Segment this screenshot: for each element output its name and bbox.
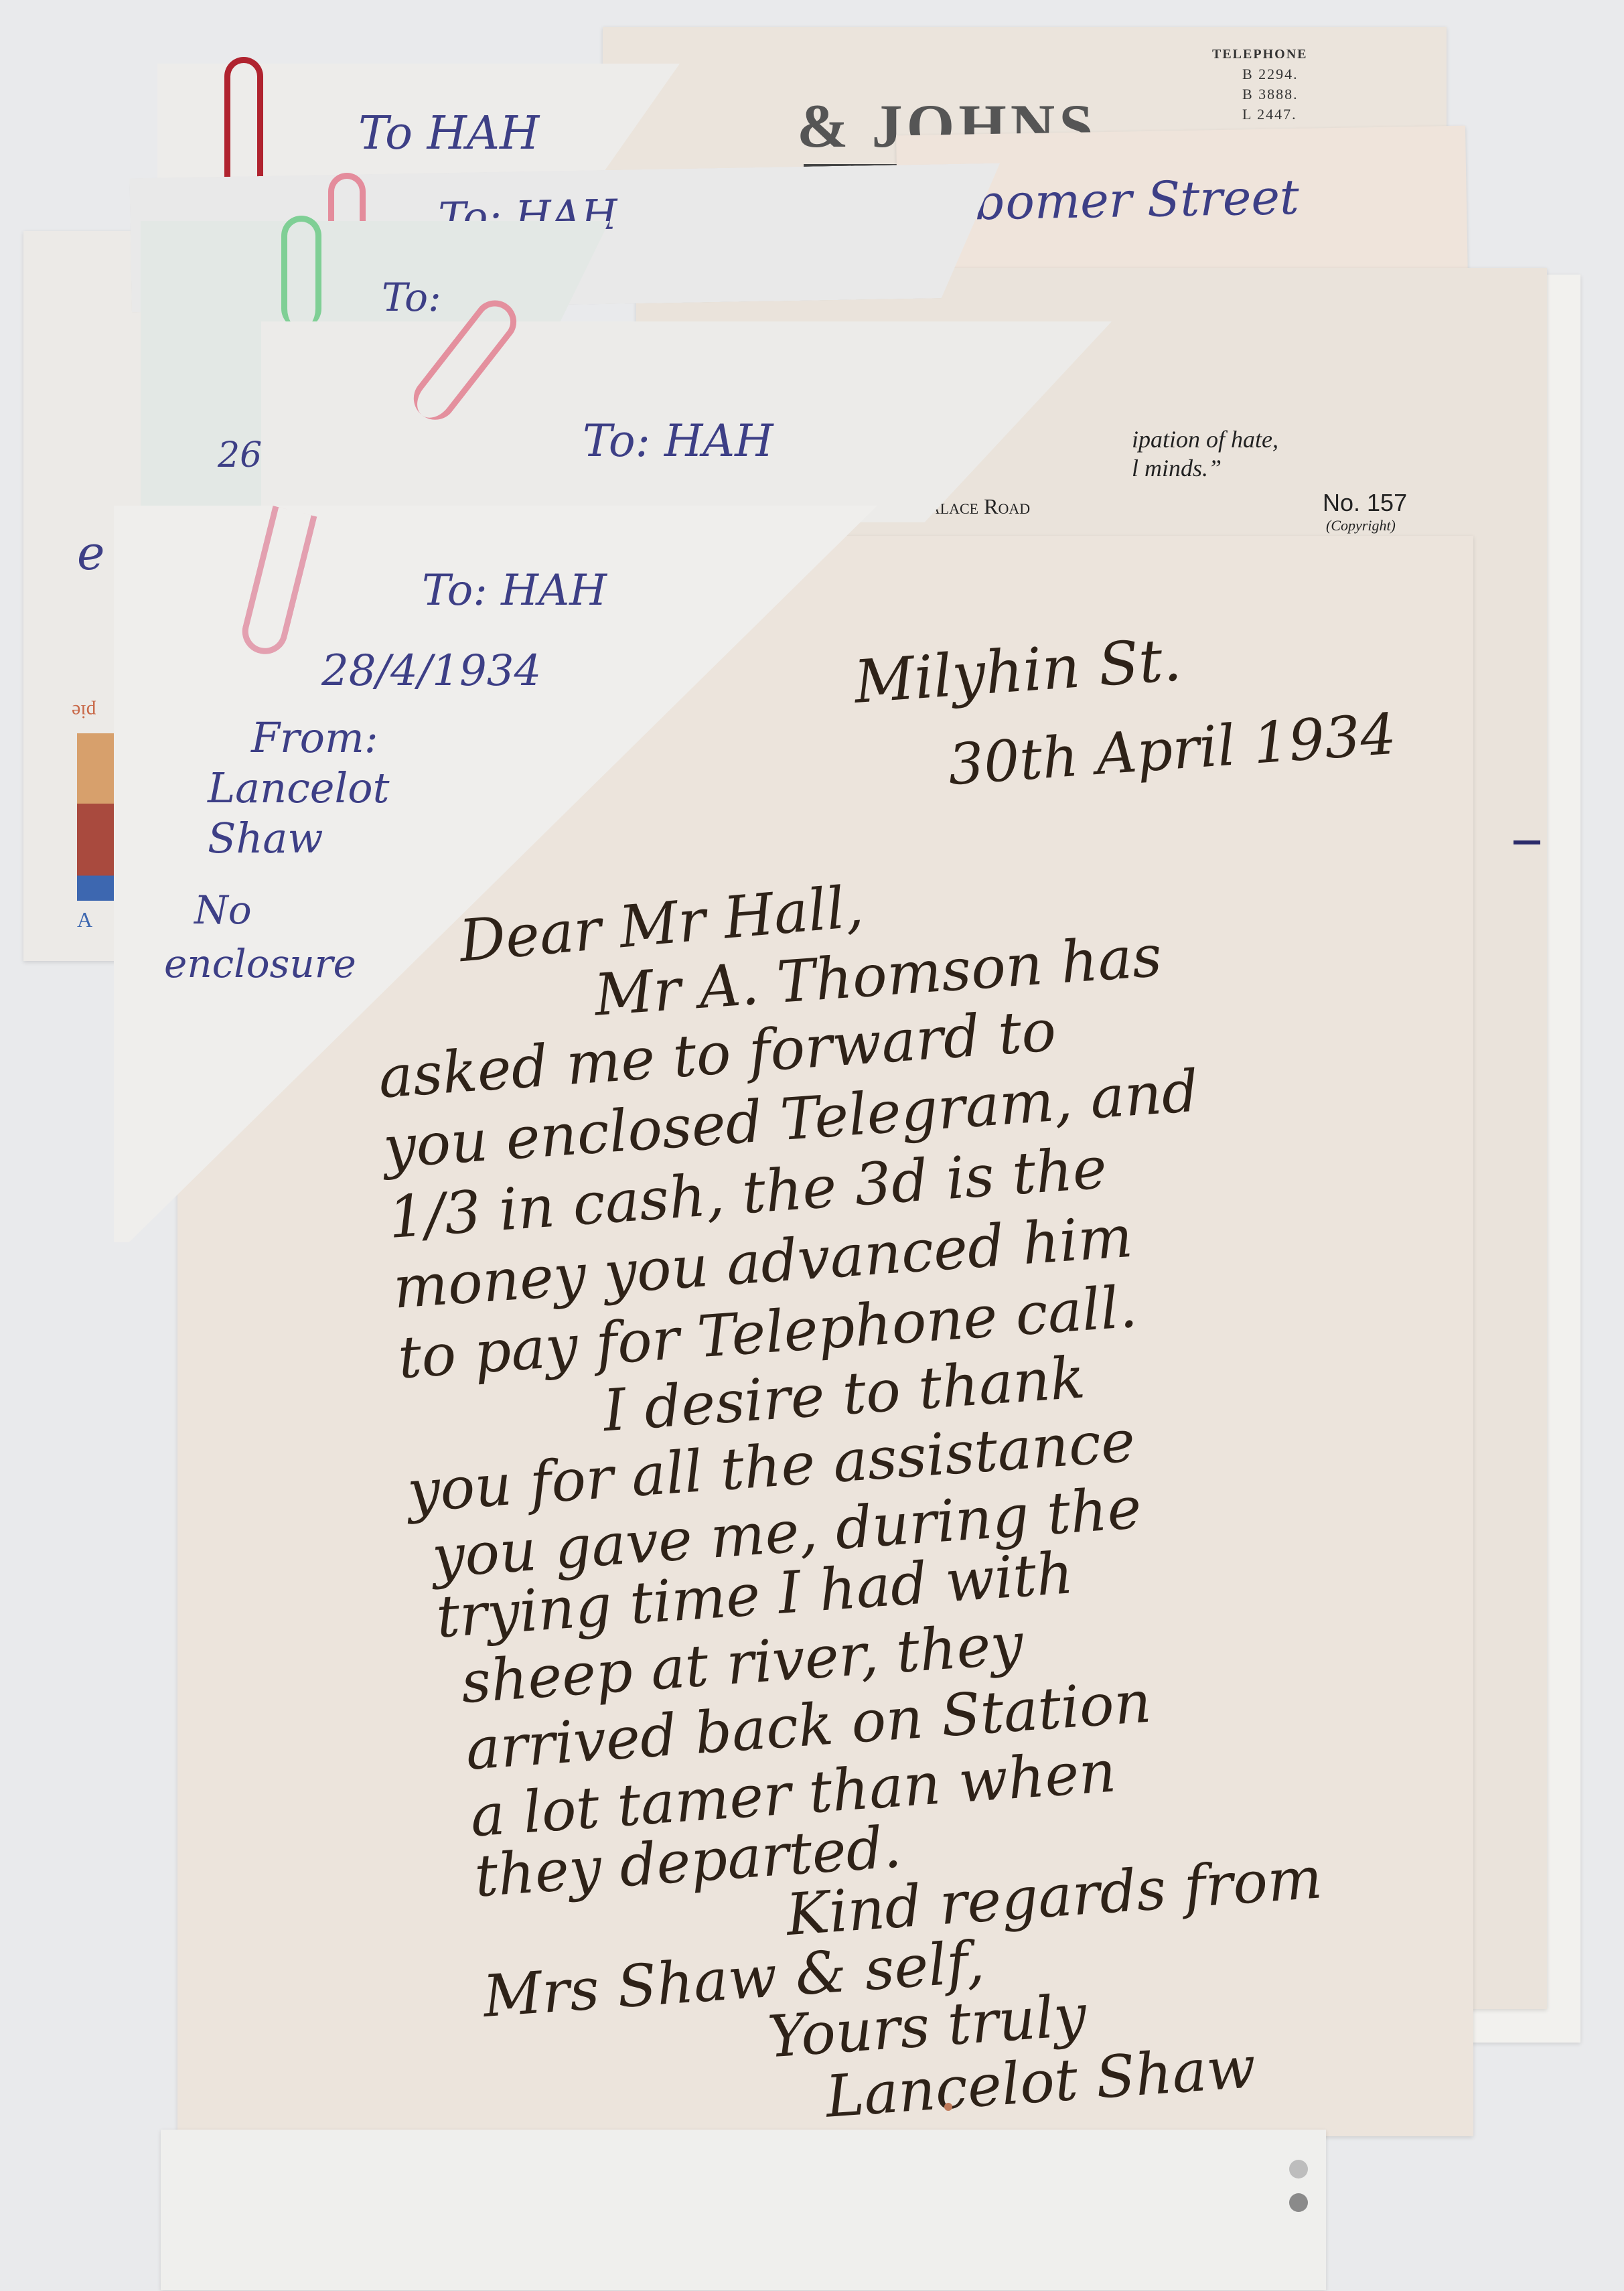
copyright: (Copyright) [1326,517,1396,534]
second-sheet: Elbomer Street [896,126,1468,290]
margin-26: 26 [218,435,262,475]
print-number: No. 157 [1323,489,1407,517]
front-tag-note-1: No [194,887,252,933]
telephone-number-3: L 2447. [1242,106,1297,123]
quote-line-1: ipation of hate, [1132,425,1278,453]
front-tag-to: To: HAH [422,566,607,615]
front-tag-date: 28/4/1934 [321,646,541,696]
front-tag-from-name-1: Lancelot [208,763,390,812]
front-tag-note-2: enclosure [164,941,356,986]
letter-address: Milyhin St. [852,625,1183,717]
telephone-number-1: B 2294. [1242,66,1299,83]
left-envelope-print: pie [72,700,96,723]
margin-e: e [77,526,104,581]
quote-line-2: l minds.” [1132,454,1222,482]
punch-hole-2 [1289,2193,1308,2212]
envelope-tag-3-label: To: [382,275,441,320]
envelope-tag-4-label: To: HAH [583,415,773,467]
telephone-number-2: B 3888. [1242,86,1299,103]
envelope-tag-1-label: To HAH [358,107,539,160]
margin-dash [1514,840,1540,844]
front-tag-from-name-2: Shaw [208,814,323,863]
punch-hole-1 [1289,2160,1308,2178]
paperclip-red-icon [224,57,263,197]
front-tag-from-label: From: [251,713,378,762]
paperclip-green-icon [281,216,321,329]
letter-spot [944,2103,952,2111]
telephone-label: TELEPHONE [1212,47,1307,62]
letter-body: Mr A. Thomson has asked me to forward to… [372,899,1571,2080]
letter-date: 30th April 1934 [946,701,1398,798]
bottom-punched-sheet [161,2130,1326,2290]
